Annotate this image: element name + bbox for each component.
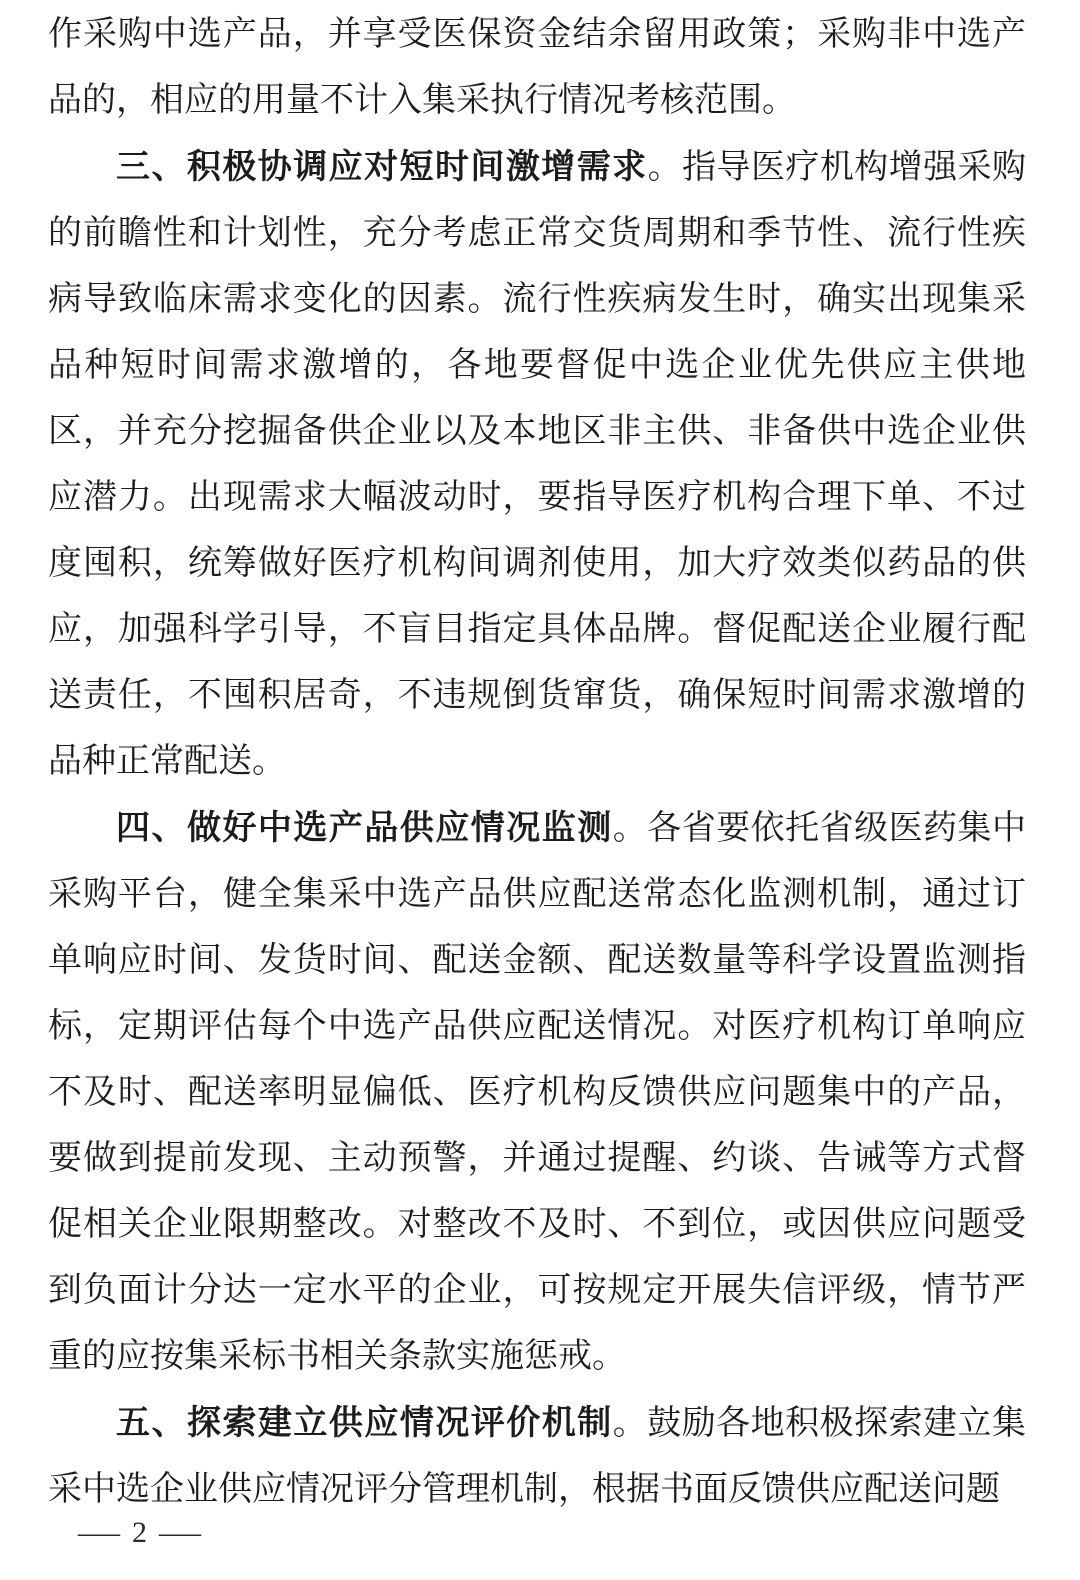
footer-left-dash: — [78,1516,120,1550]
paragraph-section-3: 三、积极协调应对短时间激增需求。指导医疗机构增强采购的前瞻性和计划性，充分考虑正… [48,134,1026,795]
document-page: 作采购中选产品，并享受医保资金结余留用政策；采购非中选产品的，相应的用量不计入集… [0,0,1080,1580]
paragraph-section-4: 四、做好中选产品供应情况监测。各省要依托省级医药集中采购平台，健全集采中选产品供… [48,795,1026,1390]
footer-right-dash: — [159,1516,201,1550]
section-heading-5: 五、探索建立供应情况评价机制 [116,1404,613,1442]
section-heading-separator: 。 [613,810,647,847]
paragraph-section-5: 五、探索建立供应情况评价机制。鼓励各地积极探索建立集采中选企业供应情况评分管理机… [48,1390,1026,1523]
paragraph-text: 各省要依托省级医药集中采购平台，健全集采中选产品供应配送常态化监测机制，通过订单… [48,810,1026,1375]
paragraph-text: 作采购中选产品，并享受医保资金结余留用政策；采购非中选产品的，相应的用量不计入集… [48,16,1026,119]
page-footer: — 2 — [84,1516,195,1550]
section-heading-separator: 。 [648,149,682,186]
paragraph-continuation: 作采购中选产品，并享受医保资金结余留用政策；采购非中选产品的，相应的用量不计入集… [48,2,1026,134]
page-number: 2 [132,1516,147,1550]
section-heading-3: 三、积极协调应对短时间激增需求 [116,148,648,186]
paragraph-text: 指导医疗机构增强采购的前瞻性和计划性，充分考虑正常交货周期和季节性、流行性疾病导… [48,149,1026,780]
document-body: 作采购中选产品，并享受医保资金结余留用政策；采购非中选产品的，相应的用量不计入集… [48,2,1026,1523]
section-heading-4: 四、做好中选产品供应情况监测 [116,809,613,847]
section-heading-separator: 。 [613,1405,647,1442]
